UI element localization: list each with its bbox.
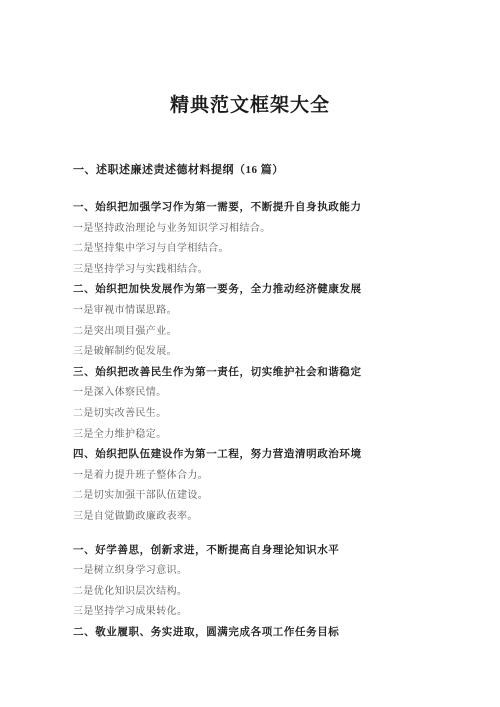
outline-group: 一、始织把加强学习作为第一需要，不断提升自身执政能力一是坚持政治理论与业务知识学… [73,198,464,528]
outline-point: 三是全力维护稳定。 [73,425,464,446]
document-content: 一、述职述廉述责述德材料提纲（16 篇） 一、始织把加强学习作为第一需要，不断提… [73,160,464,643]
outline-point: 三是坚持学习与实践相结合。 [73,260,464,281]
document-body: 一、始织把加强学习作为第一需要，不断提升自身执政能力一是坚持政治理论与业务知识学… [73,198,464,643]
outline-point: 一是深入体察民情。 [73,383,464,404]
outline-point: 一是坚持政治理论与业务知识学习相结合。 [73,219,464,240]
section-heading: 一、始织把加强学习作为第一需要，不断提升自身执政能力 [73,198,464,219]
outline-point: 一是树立织身学习意识。 [73,561,464,582]
section-heading: 二、始织把加快发展作为第一要务，全力推动经济健康发展 [73,280,464,301]
outline-point: 二是优化知识层次结构。 [73,582,464,603]
outline-point: 三是自觉做勤政廉政表率。 [73,507,464,528]
outline-point: 二是突出项目强产业。 [73,322,464,343]
section-heading: 二、敬业履职、务实进取，圆满完成各项工作任务目标 [73,623,464,644]
section-heading: 一、好学善思，创新求进，不断提高自身理论知识水平 [73,541,464,562]
outline-point: 二是坚持集中学习与自学相结合。 [73,239,464,260]
outline-group: 一、好学善思，创新求进，不断提高自身理论知识水平一是树立织身学习意识。二是优化知… [73,541,464,644]
section-heading: 三、始织把改善民生作为第一责任，切实维护社会和谐稳定 [73,363,464,384]
document-page: 精典范文框架大全 一、述职述廉述责述德材料提纲（16 篇） 一、始织把加强学习作… [0,0,500,707]
outline-point: 一是着力提升班子整体合力。 [73,466,464,487]
outline-point: 一是审视市情谋思路。 [73,301,464,322]
outline-point: 二是切实改善民生。 [73,404,464,425]
document-title: 精典范文框架大全 [0,90,500,117]
document-main-heading: 一、述职述廉述责述德材料提纲（16 篇） [73,160,464,180]
outline-point: 二是切实加强干部队伍建设。 [73,486,464,507]
outline-point: 三是坚持学习成果转化。 [73,602,464,623]
outline-point: 三是破解制约促发展。 [73,342,464,363]
section-heading: 四、始织把队伍建设作为第一工程，努力营造清明政治环境 [73,445,464,466]
